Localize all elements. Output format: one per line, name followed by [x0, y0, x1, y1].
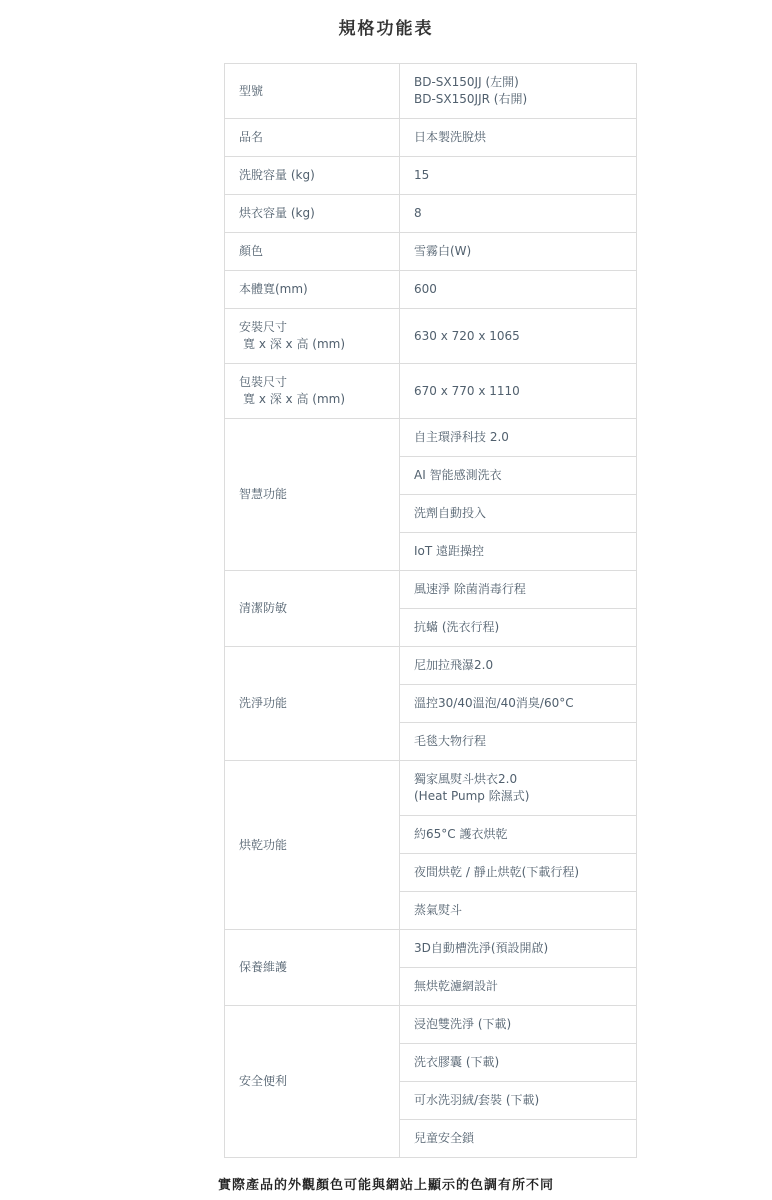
cell-text-line: 日本製洗脫烘	[414, 129, 622, 146]
spec-table-body: 型號BD-SX150JJ (左開)BD-SX150JJR (右開)品名日本製洗脫…	[225, 64, 637, 1158]
spec-label: 安裝尺寸寬 x 深 x 高 (mm)	[225, 309, 400, 364]
cell-text-line: 洗衣膠囊 (下載)	[414, 1054, 622, 1071]
page-title: 規格功能表	[0, 0, 772, 39]
spec-label: 烘乾功能	[225, 761, 400, 930]
cell-text-line: 浸泡雙洗淨 (下載)	[414, 1016, 622, 1033]
table-row: 洗脫容量 (kg)15	[225, 157, 637, 195]
table-row: 品名日本製洗脫烘	[225, 119, 637, 157]
spec-value: 尼加拉飛瀑2.0	[400, 647, 637, 685]
cell-text-line: 無烘乾濾網設計	[414, 978, 622, 995]
table-row: 顏色雪霧白(W)	[225, 233, 637, 271]
cell-text-line: 670 x 770 x 1110	[414, 383, 622, 400]
spec-label: 洗淨功能	[225, 647, 400, 761]
spec-value: 洗劑自動投入	[400, 495, 637, 533]
spec-value: 洗衣膠囊 (下載)	[400, 1044, 637, 1082]
cell-text-line: 烘衣容量 (kg)	[239, 205, 385, 222]
cell-text-line: 型號	[239, 83, 385, 100]
table-row: 智慧功能自主環淨科技 2.0	[225, 419, 637, 457]
cell-text-line: 3D自動槽洗淨(預設開啟)	[414, 940, 622, 957]
spec-value: 雪霧白(W)	[400, 233, 637, 271]
cell-text-line: 兒童安全鎖	[414, 1130, 622, 1147]
table-row: 安裝尺寸寬 x 深 x 高 (mm)630 x 720 x 1065	[225, 309, 637, 364]
cell-text-line: 8	[414, 205, 622, 222]
spec-value: 蒸氣熨斗	[400, 892, 637, 930]
cell-text-line: 安裝尺寸	[239, 319, 385, 336]
cell-text-line: 本體寬(mm)	[239, 281, 385, 298]
table-row: 型號BD-SX150JJ (左開)BD-SX150JJR (右開)	[225, 64, 637, 119]
cell-text-line: 清潔防敏	[239, 600, 385, 617]
cell-text-line: 15	[414, 167, 622, 184]
cell-text-line: 自主環淨科技 2.0	[414, 429, 622, 446]
cell-text-line: 蒸氣熨斗	[414, 902, 622, 919]
spec-value: 約65°C 護衣烘乾	[400, 816, 637, 854]
cell-text-line: 保養維護	[239, 959, 385, 976]
spec-label: 型號	[225, 64, 400, 119]
spec-value: 可水洗羽絨/套裝 (下載)	[400, 1082, 637, 1120]
spec-table: 型號BD-SX150JJ (左開)BD-SX150JJR (右開)品名日本製洗脫…	[224, 63, 637, 1158]
spec-value: 670 x 770 x 1110	[400, 364, 637, 419]
table-row: 包裝尺寸寬 x 深 x 高 (mm)670 x 770 x 1110	[225, 364, 637, 419]
table-row: 洗淨功能尼加拉飛瀑2.0	[225, 647, 637, 685]
spec-value: BD-SX150JJ (左開)BD-SX150JJR (右開)	[400, 64, 637, 119]
spec-value: 浸泡雙洗淨 (下載)	[400, 1006, 637, 1044]
cell-text-line: BD-SX150JJ (左開)	[414, 74, 622, 91]
spec-label: 本體寬(mm)	[225, 271, 400, 309]
cell-text-line: (Heat Pump 除濕式)	[414, 788, 622, 805]
spec-value: AI 智能感測洗衣	[400, 457, 637, 495]
cell-text-line: 尼加拉飛瀑2.0	[414, 657, 622, 674]
cell-text-line: 夜間烘乾 / 靜止烘乾(下載行程)	[414, 864, 622, 881]
table-row: 清潔防敏風速淨 除菌消毒行程	[225, 571, 637, 609]
spec-label: 顏色	[225, 233, 400, 271]
spec-label: 包裝尺寸寬 x 深 x 高 (mm)	[225, 364, 400, 419]
cell-text-line: 約65°C 護衣烘乾	[414, 826, 622, 843]
cell-text-line: BD-SX150JJR (右開)	[414, 91, 622, 108]
spec-label: 品名	[225, 119, 400, 157]
spec-page: 規格功能表 型號BD-SX150JJ (左開)BD-SX150JJR (右開)品…	[0, 0, 772, 1200]
footnote: 實際產品的外觀顏色可能與網站上顯示的色調有所不同	[0, 1158, 772, 1193]
spec-label: 洗脫容量 (kg)	[225, 157, 400, 195]
cell-text-line: 品名	[239, 129, 385, 146]
cell-text-line: 溫控30/40溫泡/40消臭/60°C	[414, 695, 622, 712]
spec-value: 15	[400, 157, 637, 195]
spec-label: 清潔防敏	[225, 571, 400, 647]
cell-text-line: 寬 x 深 x 高 (mm)	[239, 391, 385, 408]
cell-text-line: 630 x 720 x 1065	[414, 328, 622, 345]
cell-text-line: 600	[414, 281, 622, 298]
table-row: 安全便利浸泡雙洗淨 (下載)	[225, 1006, 637, 1044]
spec-value: IoT 遠距操控	[400, 533, 637, 571]
cell-text-line: AI 智能感測洗衣	[414, 467, 622, 484]
spec-value: 日本製洗脫烘	[400, 119, 637, 157]
spec-value: 無烘乾濾網設計	[400, 968, 637, 1006]
cell-text-line: 洗劑自動投入	[414, 505, 622, 522]
spec-value: 自主環淨科技 2.0	[400, 419, 637, 457]
cell-text-line: 烘乾功能	[239, 837, 385, 854]
cell-text-line: 安全便利	[239, 1073, 385, 1090]
cell-text-line: 寬 x 深 x 高 (mm)	[239, 336, 385, 353]
table-row: 烘衣容量 (kg)8	[225, 195, 637, 233]
spec-value: 溫控30/40溫泡/40消臭/60°C	[400, 685, 637, 723]
cell-text-line: 風速淨 除菌消毒行程	[414, 581, 622, 598]
cell-text-line: 抗蟎 (洗衣行程)	[414, 619, 622, 636]
spec-label: 保養維護	[225, 930, 400, 1006]
cell-text-line: 雪霧白(W)	[414, 243, 622, 260]
spec-value: 630 x 720 x 1065	[400, 309, 637, 364]
spec-label: 安全便利	[225, 1006, 400, 1158]
spec-value: 抗蟎 (洗衣行程)	[400, 609, 637, 647]
spec-value: 兒童安全鎖	[400, 1120, 637, 1158]
cell-text-line: 洗淨功能	[239, 695, 385, 712]
table-row: 烘乾功能獨家風熨斗烘衣2.0(Heat Pump 除濕式)	[225, 761, 637, 816]
spec-value: 毛毯大物行程	[400, 723, 637, 761]
cell-text-line: 顏色	[239, 243, 385, 260]
spec-label: 烘衣容量 (kg)	[225, 195, 400, 233]
spec-value: 3D自動槽洗淨(預設開啟)	[400, 930, 637, 968]
spec-value: 獨家風熨斗烘衣2.0(Heat Pump 除濕式)	[400, 761, 637, 816]
cell-text-line: 獨家風熨斗烘衣2.0	[414, 771, 622, 788]
spec-value: 600	[400, 271, 637, 309]
cell-text-line: 智慧功能	[239, 486, 385, 503]
spec-value: 8	[400, 195, 637, 233]
table-row: 保養維護3D自動槽洗淨(預設開啟)	[225, 930, 637, 968]
cell-text-line: 洗脫容量 (kg)	[239, 167, 385, 184]
cell-text-line: 毛毯大物行程	[414, 733, 622, 750]
spec-value: 風速淨 除菌消毒行程	[400, 571, 637, 609]
cell-text-line: 可水洗羽絨/套裝 (下載)	[414, 1092, 622, 1109]
cell-text-line: 包裝尺寸	[239, 374, 385, 391]
spec-value: 夜間烘乾 / 靜止烘乾(下載行程)	[400, 854, 637, 892]
spec-label: 智慧功能	[225, 419, 400, 571]
cell-text-line: IoT 遠距操控	[414, 543, 622, 560]
table-row: 本體寬(mm)600	[225, 271, 637, 309]
